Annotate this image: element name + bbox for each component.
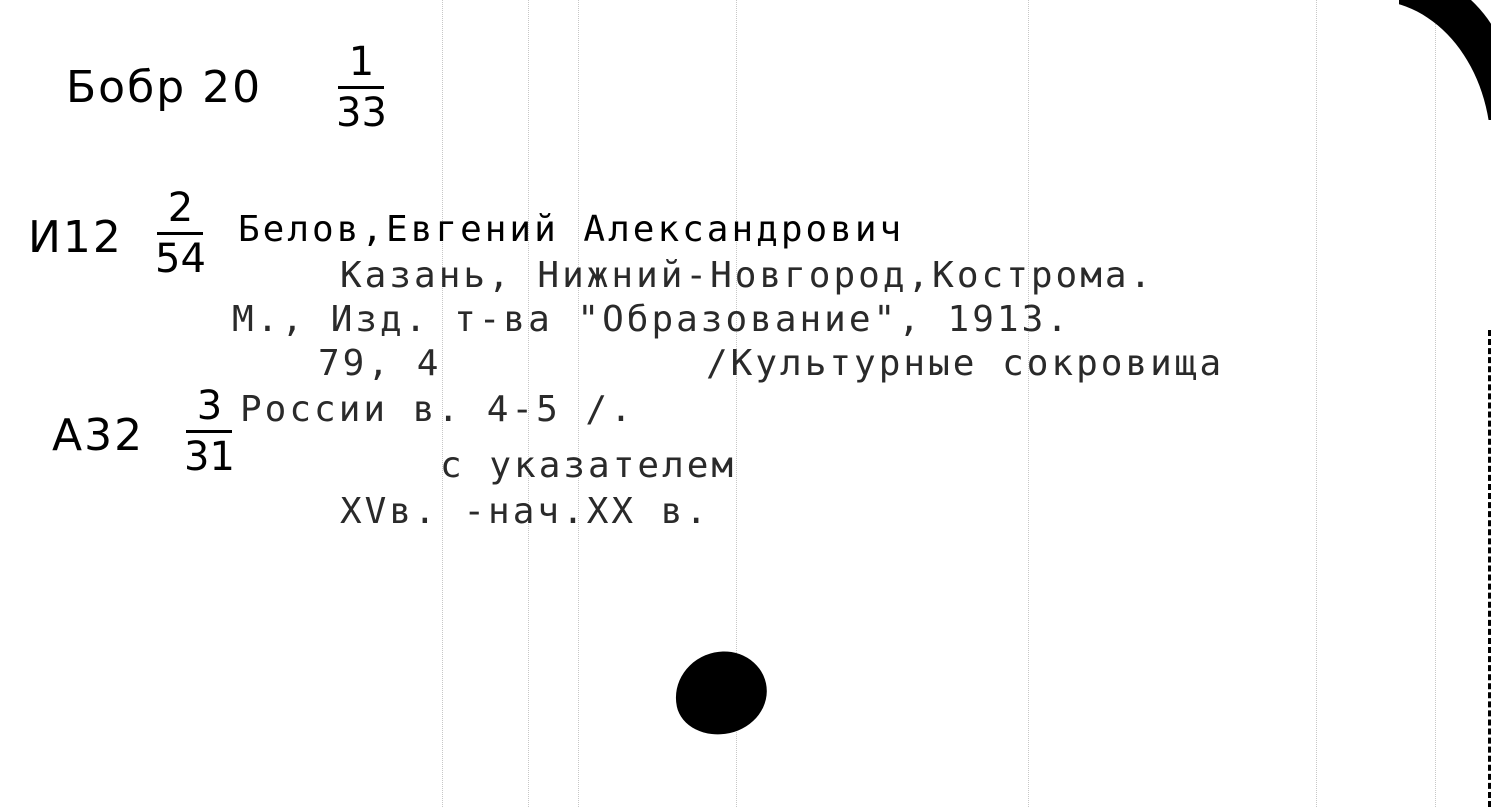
call-number-1-denominator: 33	[336, 93, 387, 133]
scan-line	[1316, 0, 1317, 807]
call-number-3-denominator: 31	[184, 437, 235, 477]
catalog-card: Бобр 20 1 33 И12 2 54 А32 3 31 Белов,Евг…	[0, 0, 1491, 807]
record-note-period: XVв. -нач.XX в.	[340, 494, 710, 530]
card-edge	[1485, 330, 1491, 807]
fraction-bar	[186, 430, 232, 433]
call-number-2-denominator: 54	[155, 239, 206, 279]
call-number-2-fraction: 2 54	[155, 188, 206, 279]
record-places: Казань, Нижний-Новгород,Кострома.	[340, 258, 1154, 294]
call-number-1-prefix: Бобр 20	[66, 62, 262, 113]
fraction-bar	[157, 232, 203, 235]
record-author: Белов,Евгений Александрович	[238, 212, 904, 248]
call-number-3-numerator: 3	[197, 386, 222, 428]
call-number-3-prefix: А32	[52, 410, 144, 461]
call-number-2-prefix: И12	[28, 212, 123, 263]
record-series: /Культурные сокровища	[706, 346, 1224, 382]
record-series-continued: России в. 4-5 /.	[240, 392, 635, 428]
record-pages: 79, 4	[318, 346, 441, 382]
record-publisher: М., Изд. т-ва "Образование", 1913.	[232, 302, 1071, 338]
scan-line	[1028, 0, 1029, 807]
dark-corner	[1371, 0, 1491, 150]
punch-hole	[667, 643, 774, 742]
call-number-2-numerator: 2	[168, 188, 193, 230]
call-number-1-fraction: 1 33	[336, 42, 387, 133]
fraction-bar	[338, 86, 384, 89]
record-note-index: с указателем	[440, 448, 736, 484]
call-number-3-fraction: 3 31	[184, 386, 235, 477]
call-number-1-numerator: 1	[349, 42, 374, 84]
